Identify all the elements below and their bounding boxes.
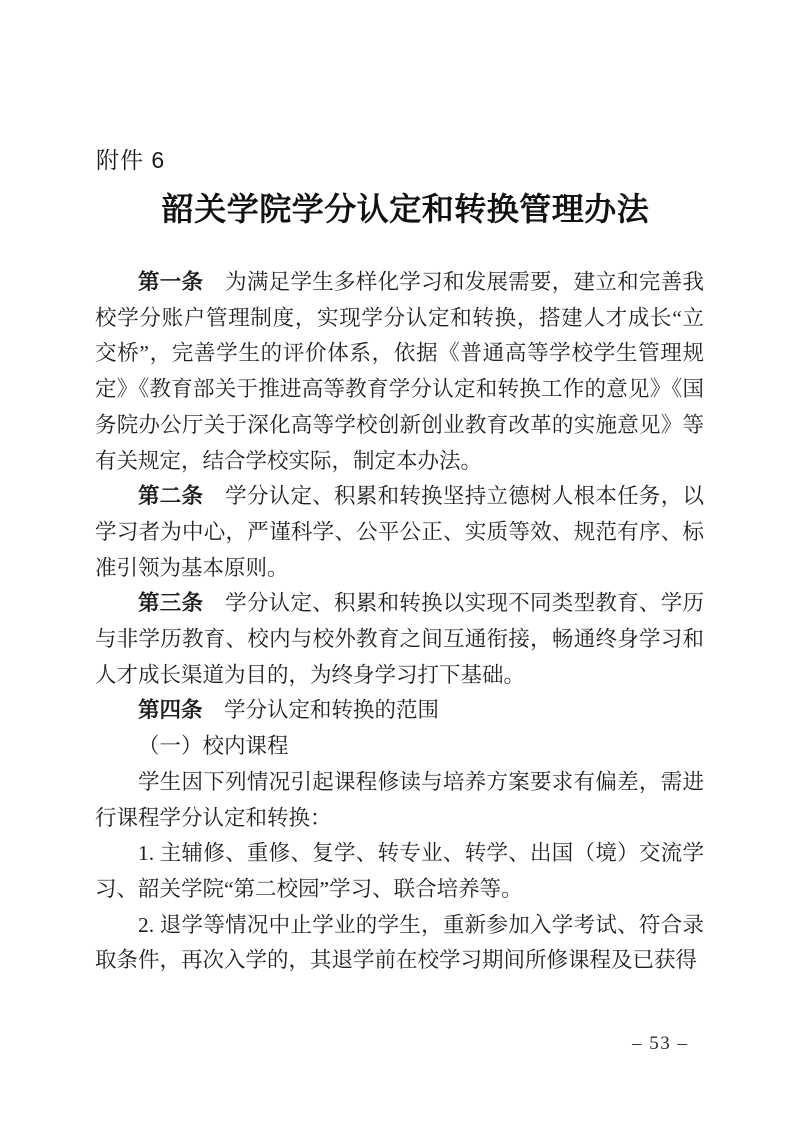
paragraph-text: 为满足学生多样化学习和发展需要，建立和完善我校学分账户管理制度，实现学分认定和转… — [95, 270, 704, 473]
paragraph-text: （一）校内课程 — [138, 734, 289, 758]
paragraph-text: 学生因下列情况引起课程修读与培养方案要求有偏差，需进行课程学分认定和转换： — [95, 770, 704, 830]
paragraph-section-1: （一）校内课程 — [95, 729, 704, 765]
page-number: – 53 – — [632, 1033, 689, 1055]
paragraph-item-2: 2. 退学等情况中止学业的学生，重新参加入学考试、符合录取条件，再次入学的，其退… — [95, 908, 704, 979]
article-number: 第三条 — [138, 591, 225, 615]
page-title: 韶关学院学分认定和转换管理办法 — [9, 184, 793, 230]
paragraph-article-3: 第三条 学分认定、积累和转换以实现不同类型教育、学历与非学历教育、校内与校外教育… — [95, 586, 704, 693]
paragraph-text: 1. 主辅修、重修、复学、转专业、转学、出国（境）交流学习、韶关学院“第二校园”… — [95, 841, 704, 901]
paragraph-article-1: 第一条 为满足学生多样化学习和发展需要，建立和完善我校学分账户管理制度，实现学分… — [95, 265, 704, 479]
article-number: 第二条 — [138, 484, 225, 508]
article-number: 第一条 — [138, 270, 225, 294]
document-body: 第一条 为满足学生多样化学习和发展需要，建立和完善我校学分账户管理制度，实现学分… — [95, 265, 704, 979]
paragraph-text: 2. 退学等情况中止学业的学生，重新参加入学考试、符合录取条件，再次入学的，其退… — [95, 913, 704, 973]
document-page: 附件 6 韶关学院学分认定和转换管理办法 第一条 为满足学生多样化学习和发展需要… — [0, 0, 793, 1122]
paragraph-intro: 学生因下列情况引起课程修读与培养方案要求有偏差，需进行课程学分认定和转换： — [95, 765, 704, 836]
attachment-label: 附件 6 — [96, 142, 165, 175]
paragraph-text: 学分认定和转换的范围 — [224, 698, 439, 722]
paragraph-article-4: 第四条 学分认定和转换的范围 — [95, 693, 704, 729]
paragraph-item-1: 1. 主辅修、重修、复学、转专业、转学、出国（境）交流学习、韶关学院“第二校园”… — [95, 836, 704, 907]
paragraph-article-2: 第二条 学分认定、积累和转换坚持立德树人根本任务，以学习者为中心，严谨科学、公平… — [95, 479, 704, 586]
article-number: 第四条 — [138, 698, 224, 722]
